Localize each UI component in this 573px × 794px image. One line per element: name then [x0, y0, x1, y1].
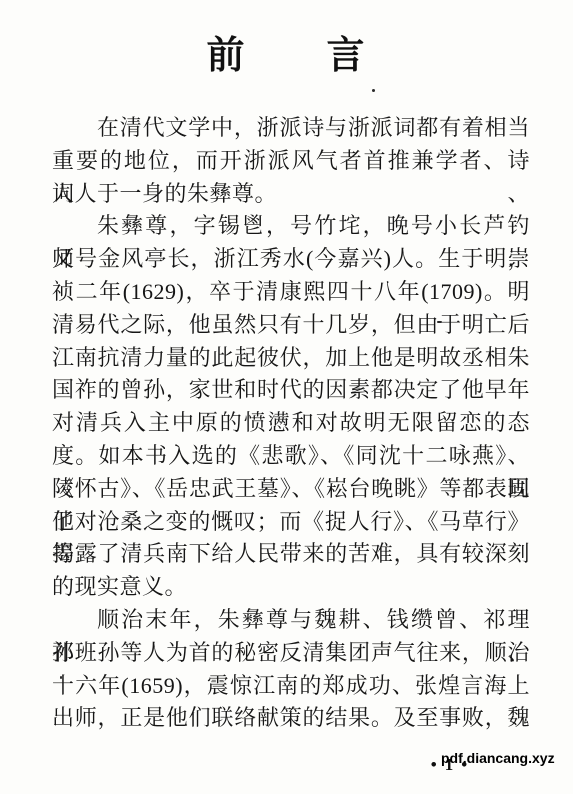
text-line: 江南抗清力量的此起彼伏，加上他是明故丞相朱: [52, 342, 530, 375]
text-line: 顺治末年，朱彝尊与魏耕、钱缵曾、祁理孙、: [52, 604, 530, 637]
preface-text-block: 在清代文学中，浙派诗与浙派词都有着相当 重要的地位，而开浙派风气者首推兼学者、诗…: [52, 112, 530, 735]
text-line: 出师，正是他们联络献策的结果。及至事败，魏: [52, 702, 530, 735]
text-line: 对清兵入主中原的愤懑和对故明无限留恋的态: [52, 407, 530, 440]
text-line: 国祚的曾孙，家世和时代的因素都决定了他早年: [52, 374, 530, 407]
scan-speck: [372, 89, 375, 92]
text-line: 朱彝尊，字锡鬯，号竹垞，晚号小长芦钓师，: [52, 210, 530, 243]
scan-speck: [60, 676, 62, 679]
text-line: 十六年(1659)，震惊江南的郑成功、张煌言海上: [52, 670, 530, 703]
text-line: 清易代之际，他虽然只有十几岁，但由于明亡后: [52, 309, 530, 342]
text-line: 度。如本书入选的《悲歌》、《同沈十二咏燕》、《固: [52, 440, 530, 473]
text-line: 祯二年(1629)，卒于清康熙四十八年(1709)。明: [52, 276, 530, 309]
text-line: 的现实意义。: [52, 571, 530, 604]
watermark-text: pdf.diancang.xyz: [441, 750, 555, 766]
text-line: 重要的地位，而开浙派风气者首推兼学者、诗人、: [52, 145, 530, 178]
text-line: 他对沧桑之变的慨叹；而《捉人行》、《马草行》等: [52, 506, 530, 539]
page-title: 前 言: [0, 24, 573, 79]
text-line: 祁班孙等人为首的秘密反清集团声气往来，顺治: [52, 637, 530, 670]
scan-speck: [437, 321, 442, 323]
text-line: 又号金风亭长，浙江秀水(今嘉兴)人。生于明崇: [52, 243, 530, 276]
text-line: 陵怀古》、《岳忠武王墓》、《崧台晚眺》等都表现了: [52, 473, 530, 506]
scanned-book-page: 前 言 在清代文学中，浙派诗与浙派词都有着相当 重要的地位，而开浙派风气者首推兼…: [0, 0, 573, 794]
text-line: 揭露了清兵南下给人民带来的苦难，具有较深刻: [52, 538, 530, 571]
text-line: 在清代文学中，浙派诗与浙派词都有着相当: [52, 112, 530, 145]
